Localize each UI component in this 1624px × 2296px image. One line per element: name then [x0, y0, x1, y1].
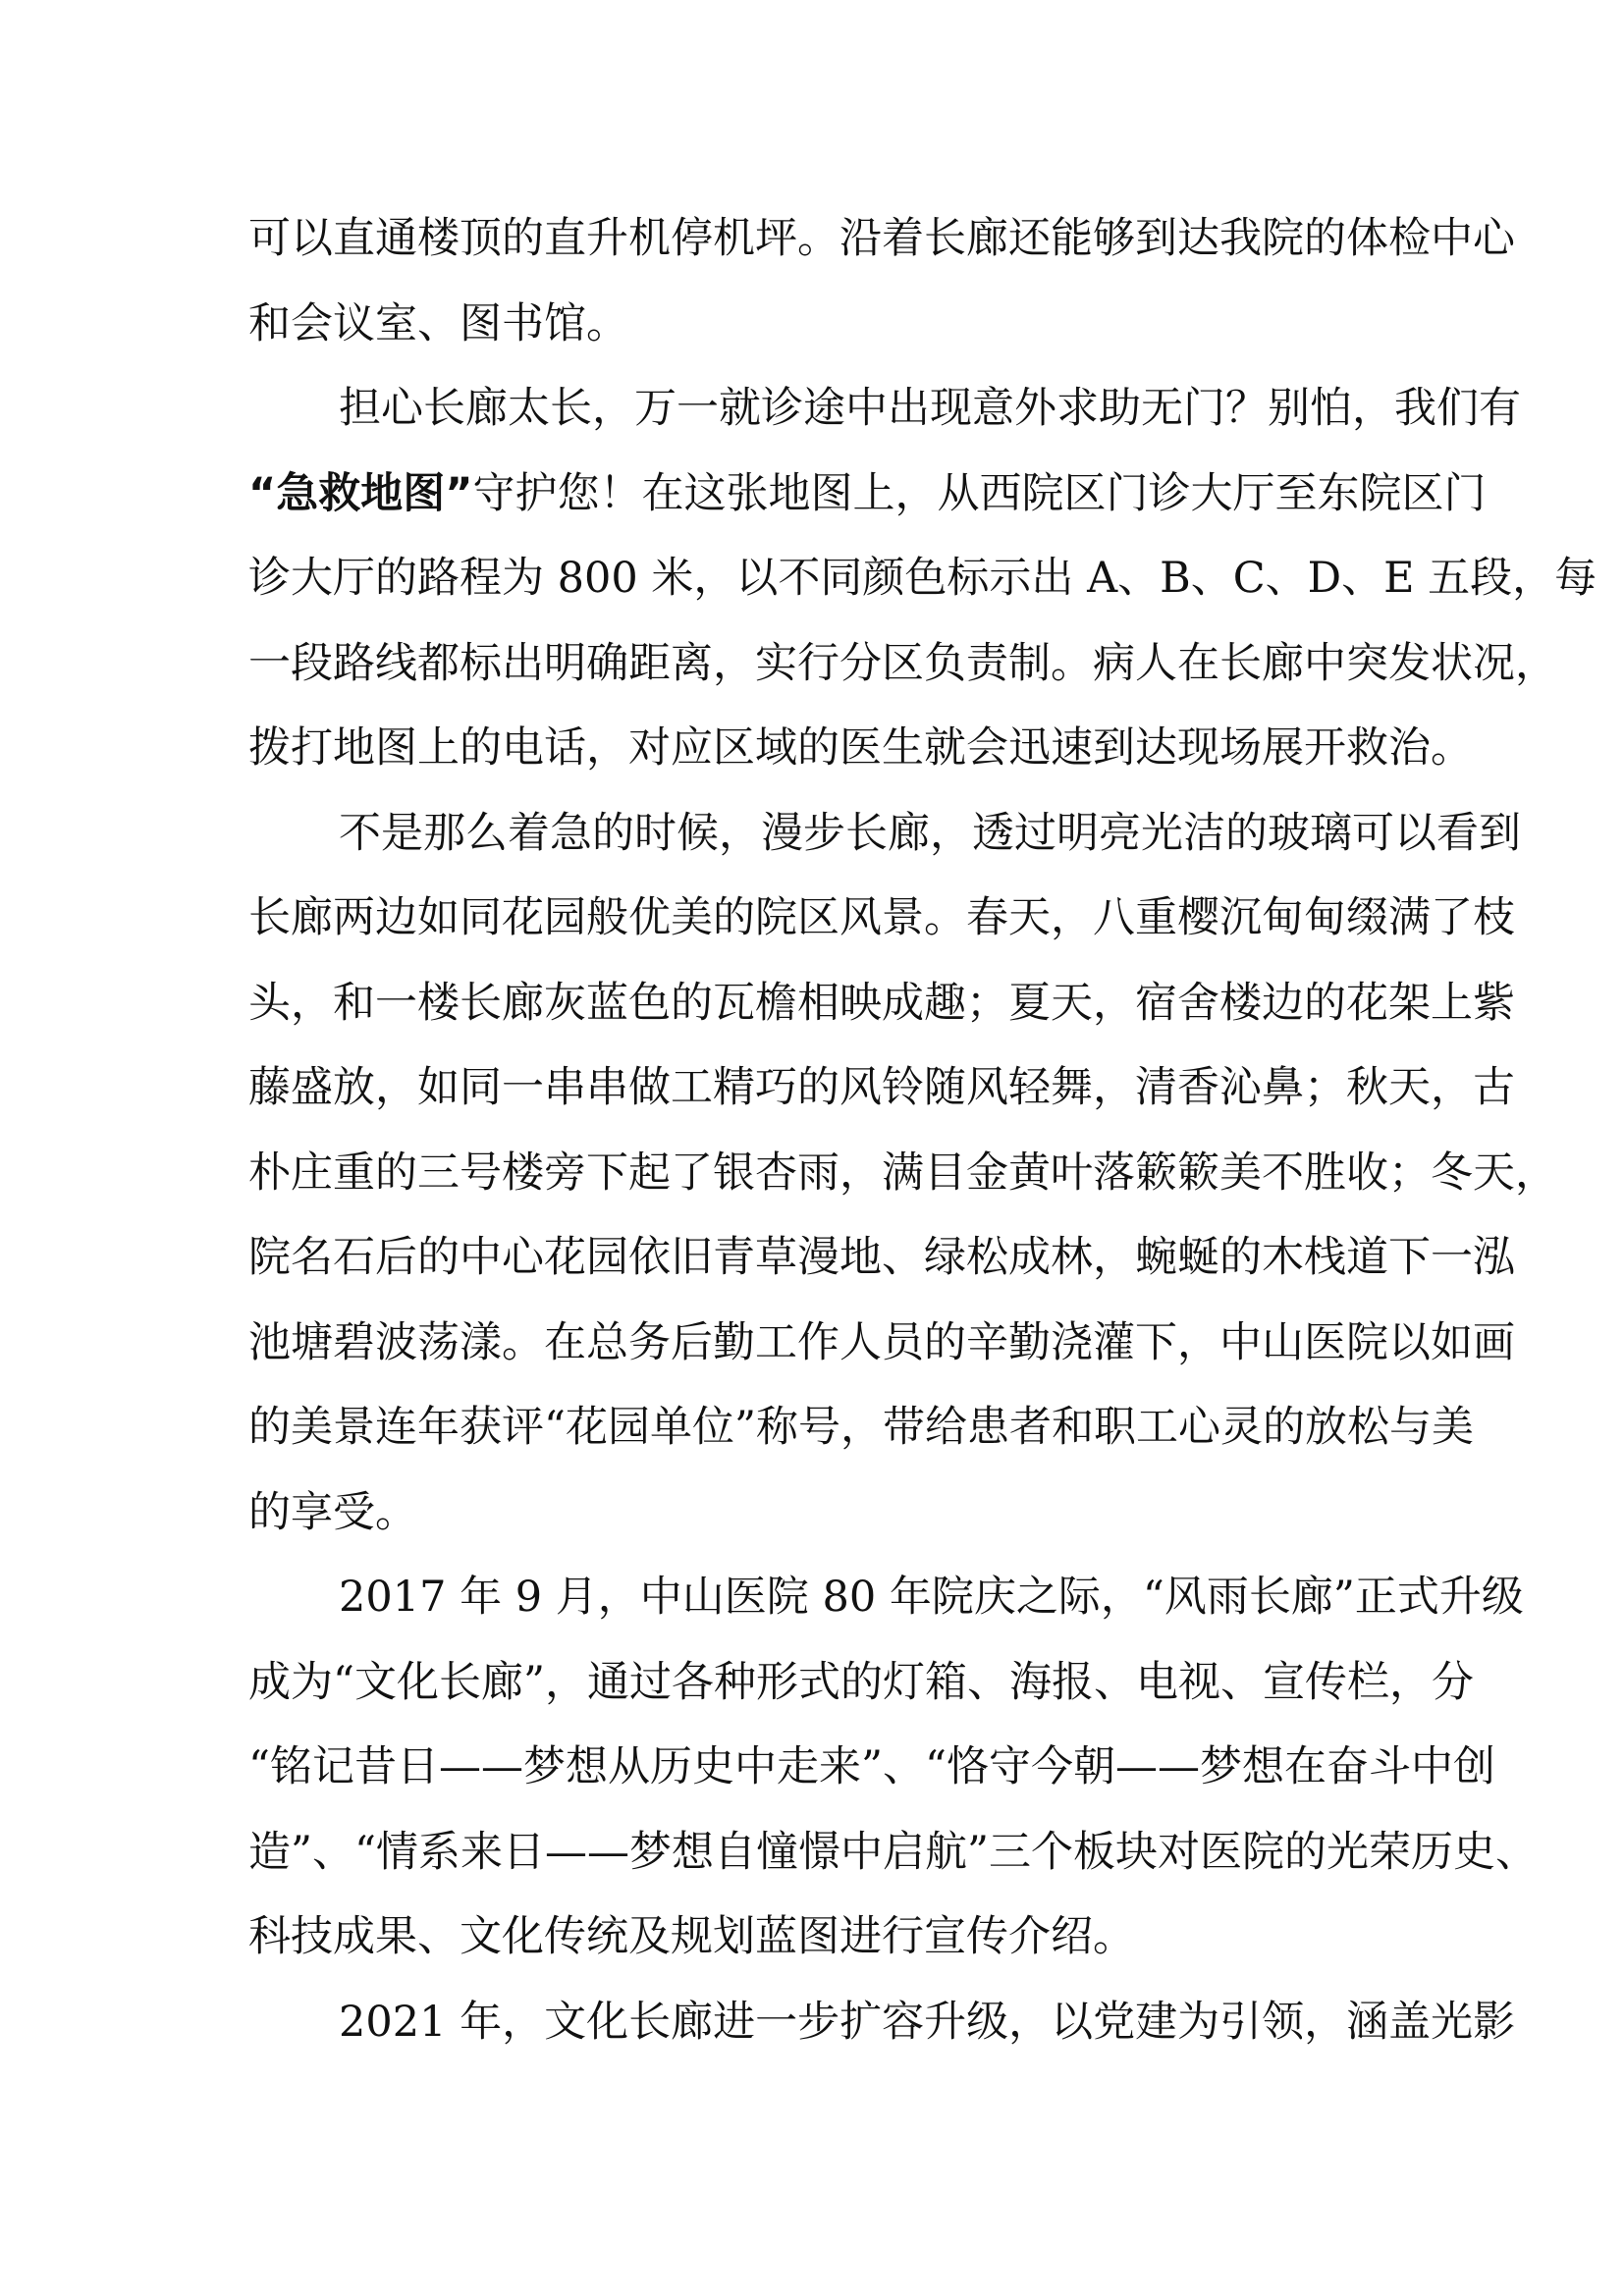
text-line: 可以直通楼顶的直升机停机坪。沿着长廊还能够到达我院的体检中心 — [248, 196, 1378, 282]
text-line: 的美景连年获评“花园单位”称号，带给患者和职工心灵的放松与美 — [248, 1385, 1378, 1470]
text-line: 造”、“情系来日——梦想自憧憬中启航”三个板块对医院的光荣历史、 — [248, 1810, 1378, 1896]
text-line: “铭记昔日——梦想从历史中走来”、“恪守今朝——梦想在奋斗中创 — [248, 1725, 1378, 1810]
paragraph-culture-corridor-2017: 2017 年 9 月，中山医院 80 年院庆之际，“风雨长廊”正式升级 成为“文… — [248, 1555, 1378, 1980]
text-line: 和会议室、图书馆。 — [248, 282, 1378, 367]
text-line: 院名石后的中心花园依旧青草漫地、绿松成林，蜿蜒的木栈道下一泓 — [248, 1215, 1378, 1301]
paragraph-scenery: 不是那么着急的时候，漫步长廊，透过明亮光洁的玻璃可以看到 长廊两边如同花园般优美… — [248, 791, 1378, 1556]
text-line: 2021 年，文化长廊进一步扩容升级，以党建为引领，涵盖光影 — [248, 1980, 1378, 2065]
text-line: 担心长廊太长，万一就诊途中出现意外求助无门？别怕，我们有 — [248, 366, 1378, 452]
paragraph-culture-corridor-2021: 2021 年，文化长廊进一步扩容升级，以党建为引领，涵盖光影 — [248, 1980, 1378, 2065]
emphasis-emergency-map: “急救地图” — [248, 469, 473, 518]
text-line: 科技成果、文化传统及规划蓝图进行宣传介绍。 — [248, 1895, 1378, 1980]
text-line: 诊大厅的路程为 800 米，以不同颜色标示出 A、B、C、D、E 五段，每 — [248, 536, 1378, 621]
text-line: 成为“文化长廊”，通过各种形式的灯箱、海报、电视、宣传栏，分 — [248, 1640, 1378, 1726]
text-line: 长廊两边如同花园般优美的院区风景。春天，八重樱沉甸甸缀满了枝 — [248, 876, 1378, 961]
paragraph-continued: 可以直通楼顶的直升机停机坪。沿着长廊还能够到达我院的体检中心 和会议室、图书馆。 — [248, 196, 1378, 366]
document-page: 可以直通楼顶的直升机停机坪。沿着长廊还能够到达我院的体检中心 和会议室、图书馆。… — [248, 196, 1378, 2064]
text-line: 不是那么着急的时候，漫步长廊，透过明亮光洁的玻璃可以看到 — [248, 791, 1378, 877]
text-line: 藤盛放，如同一串串做工精巧的风铃随风轻舞，清香沁鼻；秋天，古 — [248, 1045, 1378, 1131]
text-line-with-emphasis: “急救地图”守护您！在这张地图上，从西院区门诊大厅至东院区门 — [248, 452, 1378, 537]
text-line: 的享受。 — [248, 1470, 1378, 1556]
text-line: 拨打地图上的电话，对应区域的医生就会迅速到达现场展开救治。 — [248, 706, 1378, 791]
text-span: 守护您！在这张地图上，从西院区门诊大厅至东院区门 — [473, 469, 1487, 518]
text-line: 头，和一楼长廊灰蓝色的瓦檐相映成趣；夏天，宿舍楼边的花架上紫 — [248, 961, 1378, 1046]
paragraph-emergency-map: 担心长廊太长，万一就诊途中出现意外求助无门？别怕，我们有 “急救地图”守护您！在… — [248, 366, 1378, 791]
text-line: 一段路线都标出明确距离，实行分区负责制。病人在长廊中突发状况， — [248, 621, 1378, 707]
text-line: 池塘碧波荡漾。在总务后勤工作人员的辛勤浇灌下，中山医院以如画 — [248, 1301, 1378, 1386]
text-line: 朴庄重的三号楼旁下起了银杏雨，满目金黄叶落簌簌美不胜收；冬天， — [248, 1131, 1378, 1216]
text-line: 2017 年 9 月，中山医院 80 年院庆之际，“风雨长廊”正式升级 — [248, 1555, 1378, 1640]
